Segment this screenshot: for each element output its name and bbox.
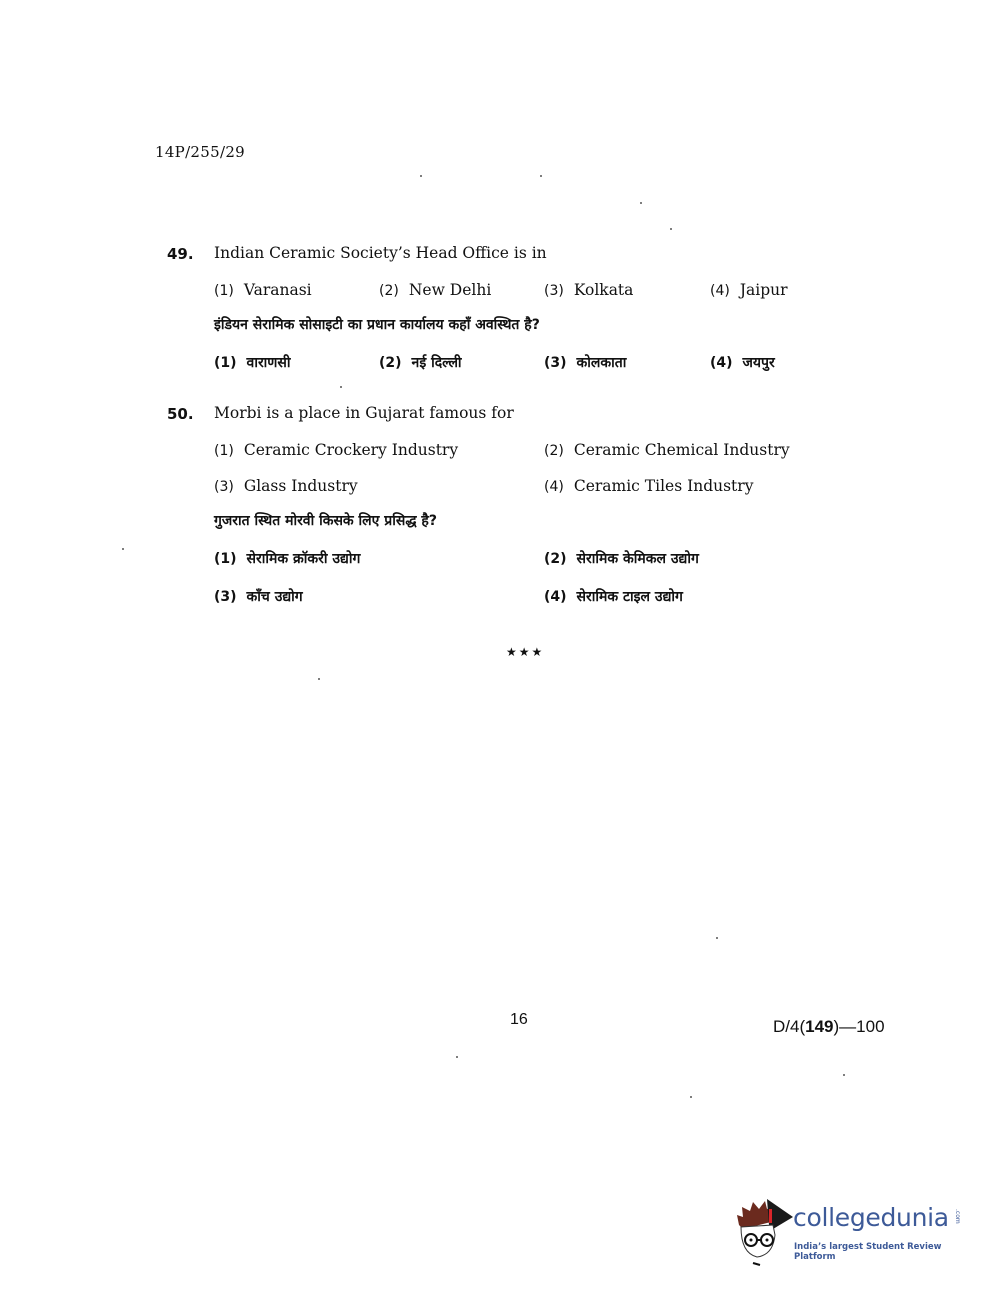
scan-speck xyxy=(456,1056,458,1058)
option-en-2: (2)New Delhi xyxy=(379,281,491,299)
scan-speck xyxy=(716,937,718,939)
end-marker: ★★★ xyxy=(506,645,544,659)
mascot-icon xyxy=(733,1195,795,1270)
question-number: 49. xyxy=(167,245,194,263)
option-en-4: (4)Jaipur xyxy=(710,281,788,299)
question-text-en: Morbi is a place in Gujarat famous for xyxy=(214,404,514,422)
question-text-hi: इंडियन सेरामिक सोसाइटी का प्रधान कार्याल… xyxy=(214,315,540,334)
scan-speck xyxy=(690,1096,692,1098)
option-hi-3: (3)काँच उद्योग xyxy=(214,587,303,606)
scan-speck xyxy=(122,548,124,550)
option-hi-1: (1)वाराणसी xyxy=(214,353,291,372)
option-en-3: (3)Kolkata xyxy=(544,281,633,299)
scan-speck xyxy=(318,678,320,680)
logo-brand-suffix: .com xyxy=(954,1209,961,1224)
scan-speck xyxy=(640,202,642,204)
collegedunia-logo: collegedunia .com India’s largest Studen… xyxy=(733,1195,963,1270)
option-en-3: (3)Glass Industry xyxy=(214,477,358,495)
option-hi-4: (4)सेरामिक टाइल उद्योग xyxy=(544,587,683,606)
option-hi-2: (2)सेरामिक केमिकल उद्योग xyxy=(544,549,699,568)
paper-code: 14P/255/29 xyxy=(155,143,245,161)
scan-speck xyxy=(670,228,672,230)
option-hi-2: (2)नई दिल्ली xyxy=(379,353,462,372)
logo-tagline: India’s largest Student Review Platform xyxy=(794,1242,963,1262)
option-hi-3: (3)कोलकाता xyxy=(544,353,626,372)
scan-speck xyxy=(420,175,422,177)
question-text-en: Indian Ceramic Society’s Head Office is … xyxy=(214,244,547,262)
option-hi-4: (4)जयपुर xyxy=(710,353,775,372)
question-text-hi: गुजरात स्थित मोरवी किसके लिए प्रसिद्ध है… xyxy=(214,511,437,530)
option-en-4: (4)Ceramic Tiles Industry xyxy=(544,477,753,495)
scan-speck xyxy=(540,175,542,177)
scan-speck xyxy=(843,1074,845,1076)
footer-code: D/4(149)—100 xyxy=(773,1017,885,1037)
option-hi-1: (1)सेरामिक क्रॉकरी उद्योग xyxy=(214,549,360,568)
option-en-2: (2)Ceramic Chemical Industry xyxy=(544,441,790,459)
logo-brand-text: collegedunia xyxy=(793,1203,949,1232)
option-en-1: (1)Varanasi xyxy=(214,281,312,299)
question-number: 50. xyxy=(167,405,194,423)
scan-speck xyxy=(340,386,342,388)
page-number: 16 xyxy=(510,1011,528,1029)
option-en-1: (1)Ceramic Crockery Industry xyxy=(214,441,458,459)
